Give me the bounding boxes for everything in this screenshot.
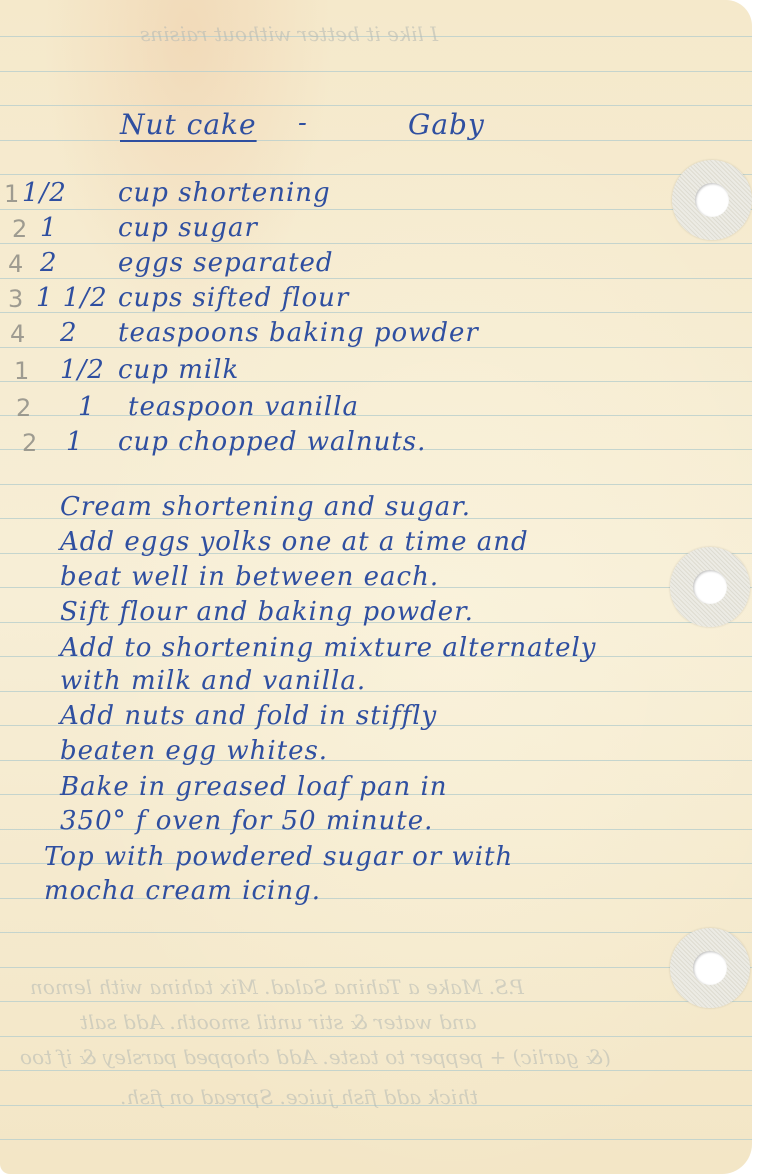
ingredient-row: 4 2 eggs separated	[0, 248, 700, 282]
ruled-line	[0, 1036, 752, 1037]
ingredient-row: 2 1 teaspoon vanilla	[0, 392, 700, 426]
ingredient-qty: 2	[60, 318, 78, 348]
recipe-card: I like it better without raisins P.S. Ma…	[0, 0, 752, 1174]
ingredient-text: teaspoons baking powder	[118, 318, 479, 348]
ingredient-text: cup sugar	[118, 213, 258, 243]
instruction-line: 350° f oven for 50 minute.	[60, 806, 433, 836]
ruled-line	[0, 140, 752, 141]
ingredient-text: cup chopped walnuts.	[118, 427, 426, 457]
pencil-doubled-qty: 3	[8, 285, 23, 313]
ingredient-row: 3 1 1/2 cups sifted flour	[0, 283, 700, 317]
recipe-author: Gaby	[408, 108, 485, 141]
instruction-line: Cream shortening and sugar.	[60, 492, 471, 522]
pencil-doubled-qty: 1	[14, 357, 29, 385]
instruction-line: with milk and vanilla.	[60, 666, 366, 696]
ingredient-qty: 2	[40, 248, 58, 278]
ruled-line	[0, 1139, 752, 1140]
instruction-line: Add to shortening mixture alternately	[60, 633, 596, 663]
ruled-line	[0, 484, 752, 485]
ingredient-text: cups sifted flour	[118, 283, 349, 313]
instruction-line: beat well in between each.	[60, 562, 439, 592]
ruled-line	[0, 967, 752, 968]
ingredient-row: 1 1/2 cup milk	[0, 355, 700, 389]
ingredient-qty: 1	[66, 427, 84, 457]
bleedthrough-line: P.S. Make a Tahina Salad. Mix tahina wit…	[30, 975, 524, 999]
ruled-line	[0, 105, 752, 106]
pencil-doubled-qty: 4	[8, 250, 23, 278]
ruled-line	[0, 1070, 752, 1071]
binder-hole-middle	[670, 547, 750, 627]
bleedthrough-top-line: I like it better without raisins	[140, 22, 438, 46]
pencil-doubled-qty: 2	[22, 429, 37, 457]
instruction-line: Add nuts and fold in stiffly	[60, 701, 437, 731]
ingredient-qty: 1/2	[22, 178, 67, 208]
ruled-line	[0, 71, 752, 72]
pencil-doubled-qty: 2	[16, 394, 31, 422]
instruction-line: Top with powdered sugar or with	[44, 842, 513, 872]
bleedthrough-line: and water & stir until smooth. Add salt	[80, 1010, 477, 1034]
ingredient-text: eggs separated	[118, 248, 334, 278]
ingredient-row: 4 2 teaspoons baking powder	[0, 318, 700, 352]
ingredient-text: cup shortening	[118, 178, 331, 208]
instruction-line: mocha cream icing.	[44, 876, 321, 906]
ruled-line	[0, 1001, 752, 1002]
ingredient-row: 2 1 cup sugar	[0, 213, 700, 247]
ingredient-text: teaspoon vanilla	[128, 392, 359, 422]
ingredient-row: 2 1 cup chopped walnuts.	[0, 427, 700, 461]
recipe-title: Nut cake	[120, 108, 257, 141]
ruled-line	[0, 932, 752, 933]
ingredient-qty: 1	[78, 392, 96, 422]
ingredient-row: 1 1/2 cup shortening	[0, 178, 700, 212]
ingredient-qty: 1	[40, 213, 58, 243]
pencil-doubled-qty: 4	[10, 320, 25, 348]
instruction-line: beaten egg whites.	[60, 736, 328, 766]
ingredient-qty: 1 1/2	[36, 283, 108, 313]
pencil-doubled-qty: 2	[12, 215, 27, 243]
binder-hole-bottom	[670, 928, 750, 1008]
bleedthrough-line: thick add fish juice. Spread on fish.	[120, 1085, 478, 1109]
instruction-line: Add eggs yolks one at a time and	[60, 527, 529, 557]
pencil-doubled-qty: 1	[4, 180, 19, 208]
ingredient-qty: 1/2	[60, 355, 105, 385]
bleedthrough-line: (& garlic) + pepper to taste. Add choppe…	[20, 1045, 611, 1069]
ruled-line	[0, 174, 752, 175]
title-separator: -	[298, 108, 308, 138]
instruction-line: Sift flour and baking powder.	[60, 597, 474, 627]
ingredient-text: cup milk	[118, 355, 239, 385]
instruction-line: Bake in greased loaf pan in	[60, 772, 448, 802]
